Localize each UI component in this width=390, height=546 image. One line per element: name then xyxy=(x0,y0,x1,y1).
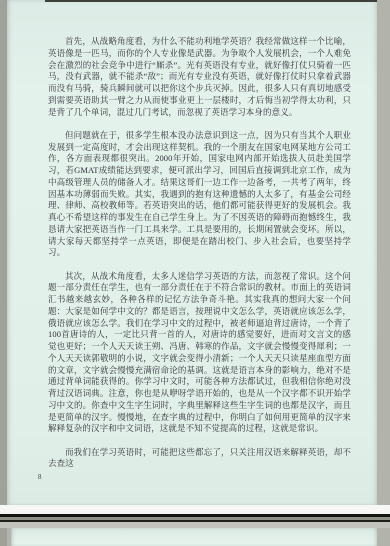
next-page-top-edge xyxy=(11,528,377,546)
page-text-block: 首先，从战略角度看，为什么不能功利地学英语？我经常做这样一个比喻，英语像是一匹马… xyxy=(48,36,351,482)
page-number: 8 xyxy=(38,473,42,481)
page-gap-white xyxy=(0,505,390,514)
page-top-edge-shadow xyxy=(45,0,377,2)
scanned-page: 首先，从战略角度看，为什么不能功利地学英语？我经常做这样一个比喻，英语像是一匹马… xyxy=(7,0,377,505)
paragraph-tactics-common-sense: 其次，从战术角度看，太多人迷信学习英语的方法，而忽视了常识。这个问题一部分责任在… xyxy=(48,271,351,436)
paragraph-english-dictionary-lead: 而我们在学习英语时，可能把这些都忘了，只关注用汉语来解释英语，却不去查这 xyxy=(48,447,351,471)
paragraph-problem-anecdote: 但问题就在于，很多学生根本没办法意识到这一点，因为只有当其个人职业发展到一定高度… xyxy=(48,130,351,259)
scanned-book-spread: 首先，从战略角度看，为什么不能功利地学英语？我经常做这样一个比喻，英语像是一匹马… xyxy=(0,0,390,546)
paragraph-strategy: 首先，从战略角度看，为什么不能功利地学英语？我经常做这样一个比喻，英语像是一匹马… xyxy=(48,36,351,118)
